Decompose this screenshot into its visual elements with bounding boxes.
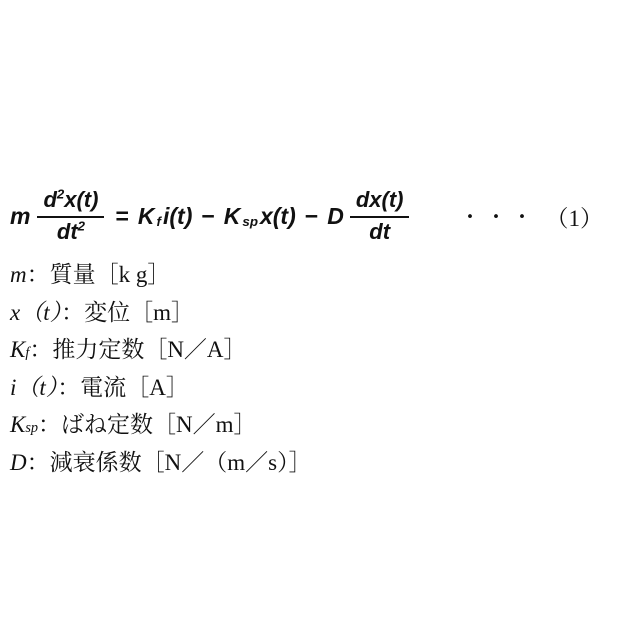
mass-coefficient: m xyxy=(10,203,30,230)
fraction-numerator: d2x(t) xyxy=(37,188,104,217)
fraction-numerator: dx(t) xyxy=(350,188,410,217)
equation-number: （1） xyxy=(545,200,603,233)
definition-displacement: x（t）：変位［m］ xyxy=(10,296,634,334)
colon: ： xyxy=(27,450,50,475)
velocity-fraction: dx(t) dt xyxy=(350,188,410,243)
definition-damping-coefficient: D：減衰係数［N／（m／s）］ xyxy=(10,446,634,484)
spring-term: Kspx(t) xyxy=(224,203,296,230)
spring-subscript: sp xyxy=(242,214,258,229)
minus-operator-1: − xyxy=(201,203,214,230)
colon: ： xyxy=(27,262,50,287)
description: 減衰係数［N／（m／s）］ xyxy=(50,450,312,475)
symbol: K xyxy=(10,412,25,437)
definition-thrust-constant: Kf：推力定数［N／A］ xyxy=(10,333,634,371)
definition-current: i（t）：電流［A］ xyxy=(10,371,634,409)
symbol: K xyxy=(10,337,25,362)
symbol-subscript: sp xyxy=(25,420,38,436)
variable-definitions: m：質量［k g］ x（t）：変位［m］ Kf：推力定数［N／A］ i（t）：電… xyxy=(10,258,634,483)
fraction-denominator: dt xyxy=(369,218,390,244)
definition-mass: m：質量［k g］ xyxy=(10,258,634,296)
description: 電流［A］ xyxy=(80,375,189,400)
ellipsis-dots: ・・・ xyxy=(459,201,537,231)
description: ばね定数［N／m］ xyxy=(61,412,257,437)
fraction-denominator: dt2 xyxy=(57,218,85,244)
colon: ： xyxy=(61,300,84,325)
symbol: D xyxy=(10,450,27,475)
description: 質量［k g］ xyxy=(50,262,171,287)
symbol-argument: （t） xyxy=(20,300,61,325)
description: 推力定数［N／A］ xyxy=(52,337,246,362)
symbol: x xyxy=(10,300,20,325)
colon: ： xyxy=(57,375,80,400)
colon: ： xyxy=(38,412,61,437)
thrust-subscript: f xyxy=(157,214,161,229)
motor-dynamics-equation: m d2x(t) dt2 = Kfi(t) − Kspx(t) − D dx(t… xyxy=(10,181,634,251)
equation-document: m d2x(t) dt2 = Kfi(t) − Kspx(t) − D dx(t… xyxy=(10,181,634,483)
symbol-argument: （t） xyxy=(16,375,57,400)
acceleration-fraction: d2x(t) dt2 xyxy=(37,188,104,243)
damping-symbol: D xyxy=(327,203,344,230)
description: 変位［m］ xyxy=(84,300,194,325)
definition-spring-constant: Ksp：ばね定数［N／m］ xyxy=(10,408,634,446)
minus-operator-2: − xyxy=(305,203,318,230)
colon: ： xyxy=(29,337,52,362)
thrust-term: Kfi(t) xyxy=(138,203,192,230)
equals-sign: = xyxy=(115,203,128,230)
symbol: m xyxy=(10,262,27,287)
